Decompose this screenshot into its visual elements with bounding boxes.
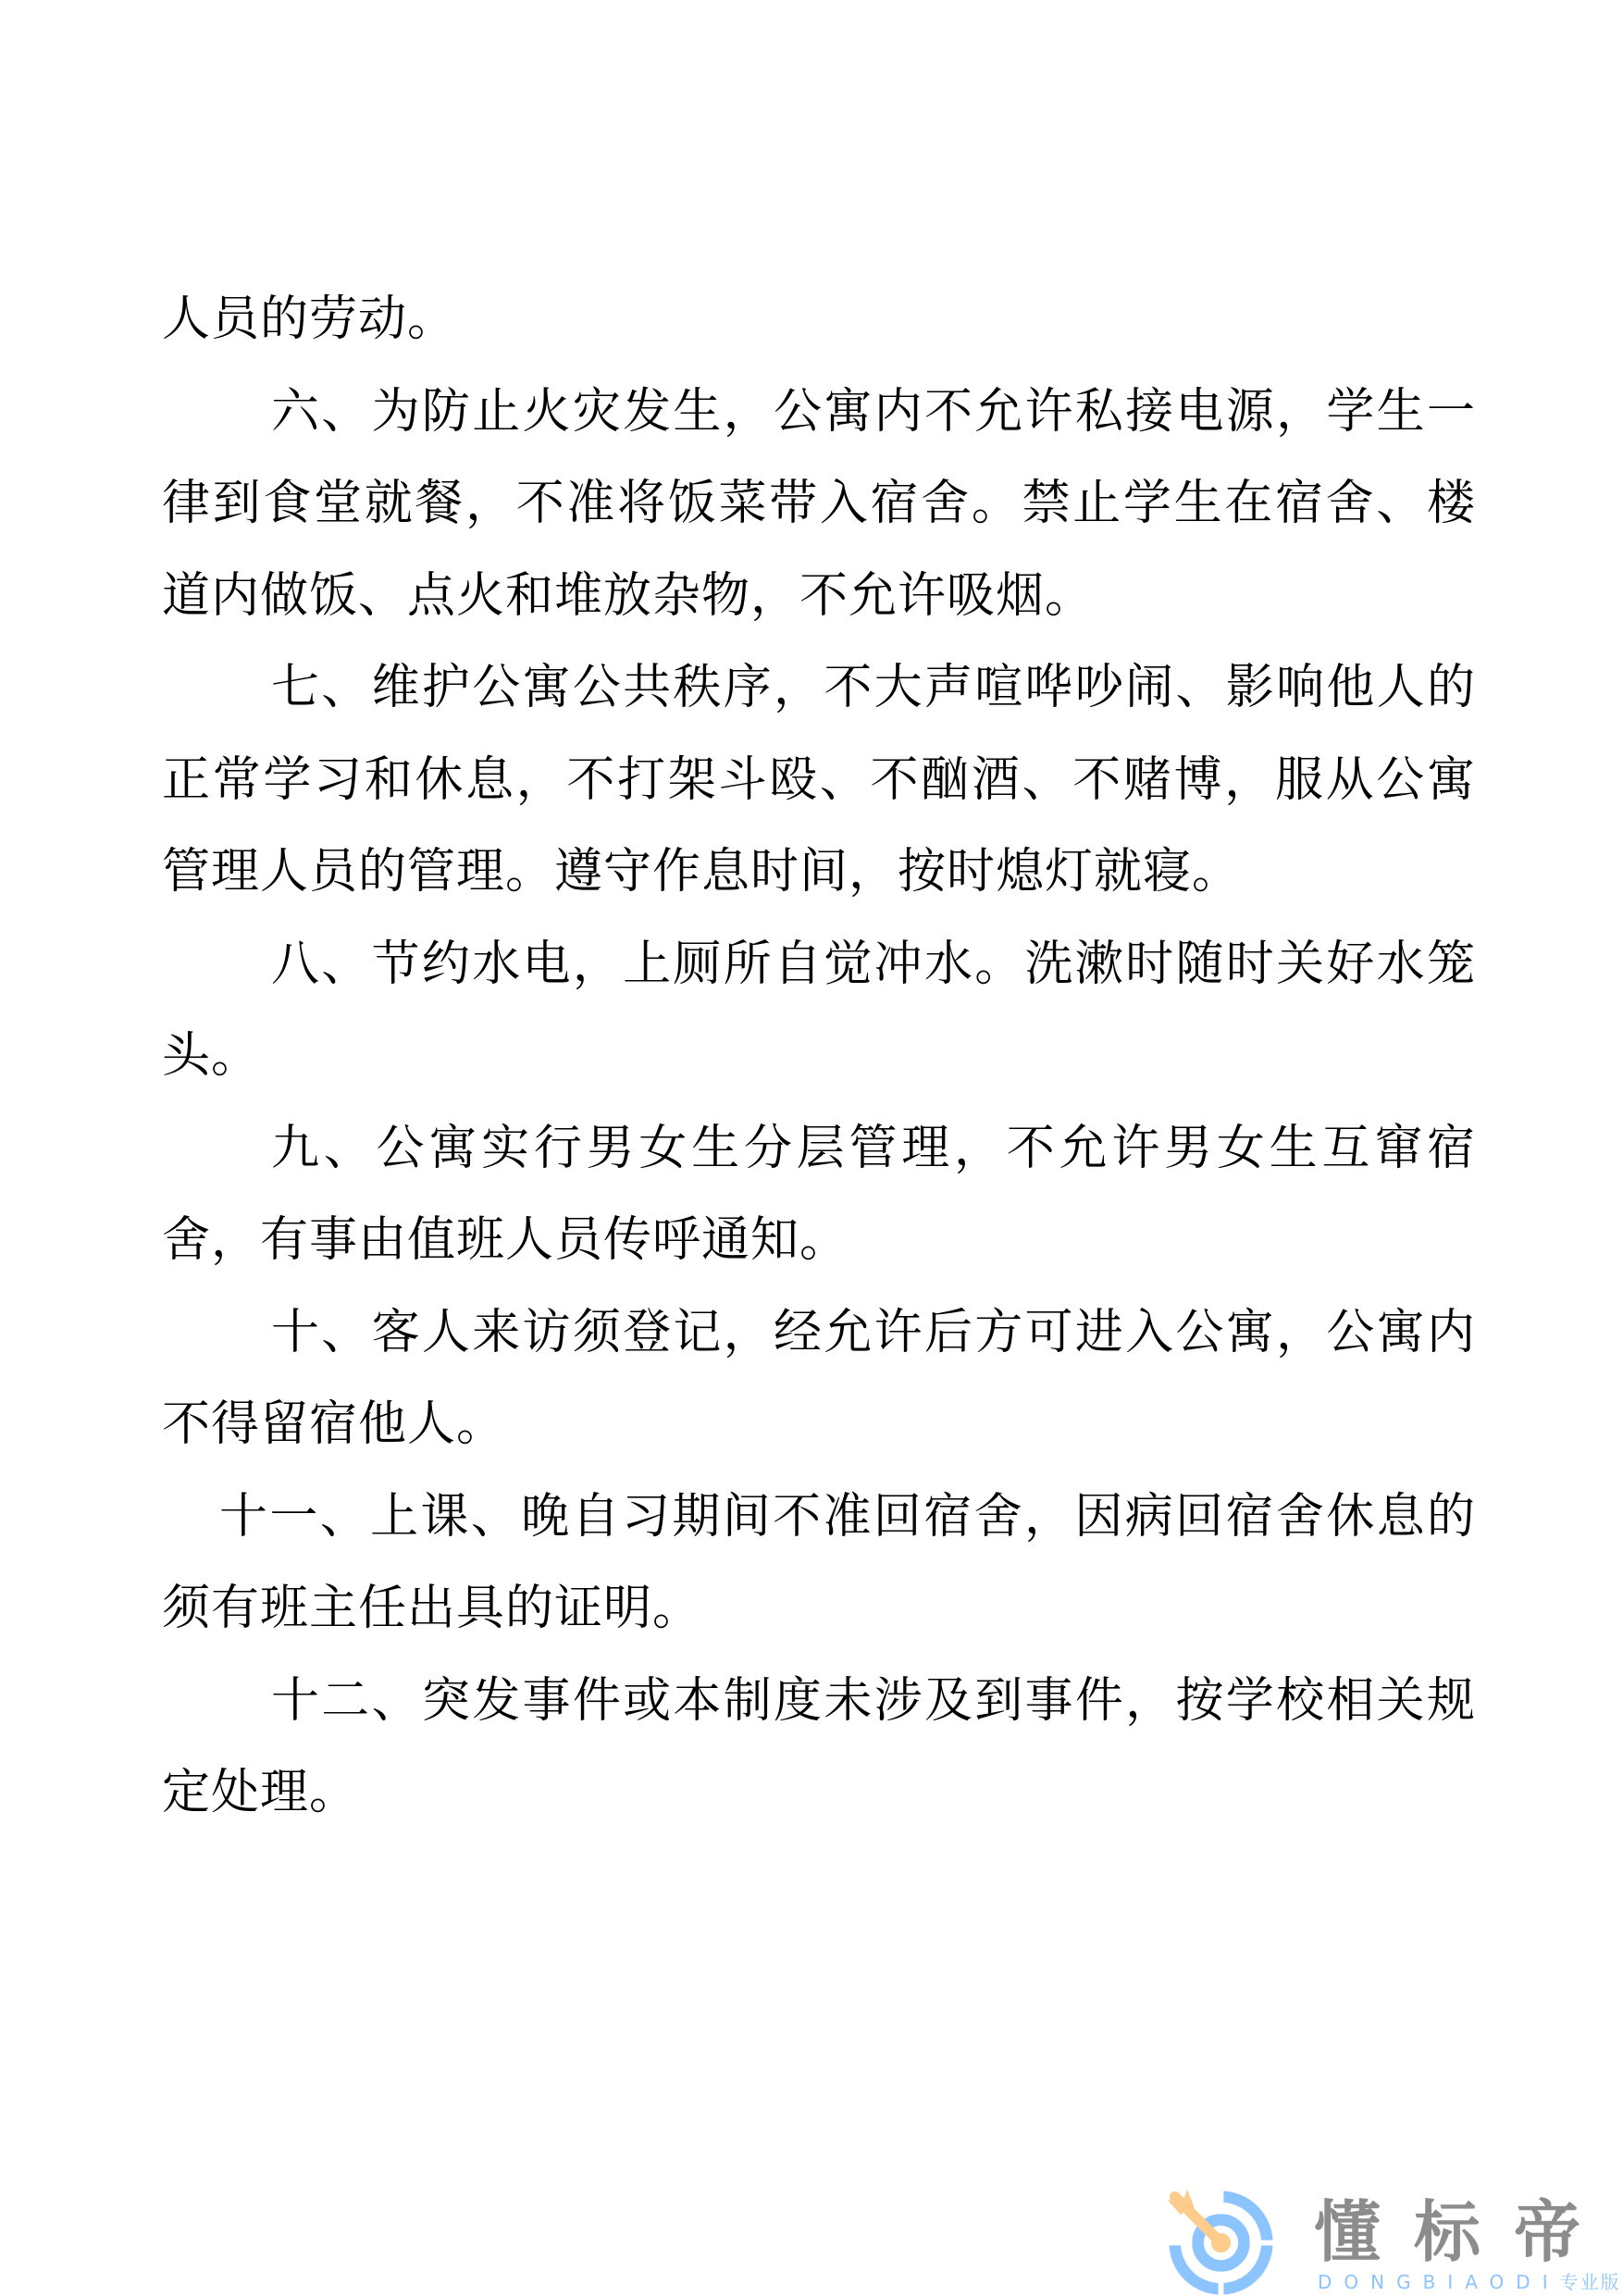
paragraph-6: 六、为防止火灾发生，公寓内不允许私接电源，学生一律到食堂就餐，不准将饭菜带入宿舍… xyxy=(162,366,1476,643)
watermark-title: 懂标帝 xyxy=(1314,2195,1614,2269)
watermark-logo: 懂标帝 DONGBIAODI专业版 xyxy=(1168,2182,1612,2293)
watermark-subtitle: DONGBIAODI专业版 xyxy=(1318,2271,1621,2293)
watermark-edition: 专业版 xyxy=(1560,2271,1621,2293)
paragraph-11: 十一、上课、晚自习期间不准回宿舍，因病回宿舍休息的须有班主任出具的证明。 xyxy=(162,1471,1476,1656)
paragraph-7: 七、维护公寓公共秩序，不大声喧哗吵闹、影响他人的正常学习和休息，不打架斗殴、不酗… xyxy=(162,642,1476,919)
document-page: 人员的劳动。 六、为防止火灾发生，公寓内不允许私接电源，学生一律到食堂就餐，不准… xyxy=(162,274,1476,1840)
target-arrow-icon xyxy=(1168,2190,1274,2296)
paragraph-9: 九、公寓实行男女生分层管理，不允许男女生互窜宿舍，有事由值班人员传呼通知。 xyxy=(162,1103,1476,1287)
paragraph-10: 十、客人来访须登记，经允许后方可进入公寓，公寓内不得留宿他人。 xyxy=(162,1287,1476,1471)
watermark-subtitle-latin: DONGBIAODI xyxy=(1318,2271,1560,2293)
paragraph-8: 八、节约水电，上厕所自觉冲水。洗漱时随时关好水笼头。 xyxy=(162,919,1476,1103)
paragraph-12: 十二、突发事件或本制度未涉及到事件，按学校相关规定处理。 xyxy=(162,1656,1476,1840)
paragraph-5-tail: 人员的劳动。 xyxy=(162,274,1476,366)
